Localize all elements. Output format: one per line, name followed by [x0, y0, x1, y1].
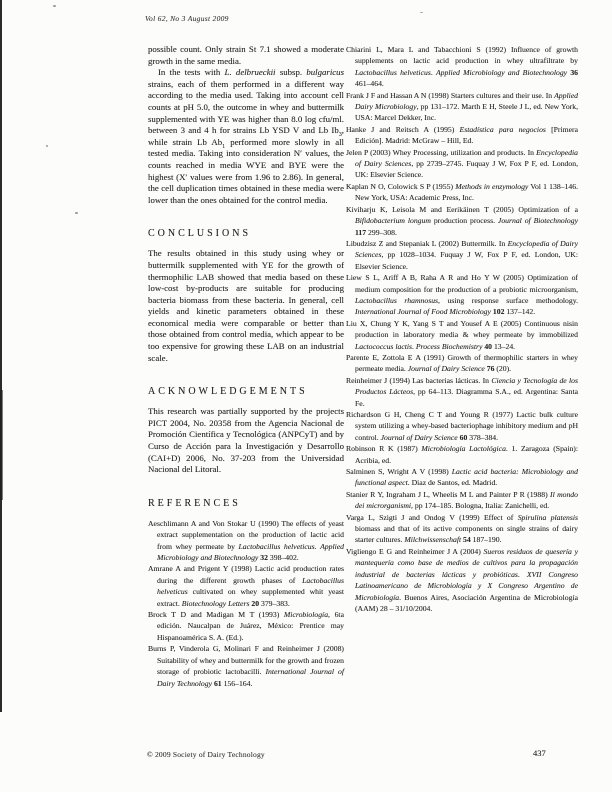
reference-item: Robinson R K (1987) Microbiología Lactol…	[346, 443, 578, 466]
section-heading: REFERENCES	[148, 498, 344, 509]
section-heading: CONCLUSIONS	[148, 228, 344, 239]
scan-speck	[420, 12, 423, 13]
reference-item: Parente E, Zottola E A (1991) Growth of …	[346, 352, 578, 375]
reference-item: Vigliengo E G and Reinheimer J A (2004) …	[346, 546, 578, 614]
reference-item: Varga L, Szigti J and Ondog V (1999) Eff…	[346, 512, 578, 546]
reference-item: Frank J F and Hassan A N (1998) Starters…	[346, 90, 578, 124]
scan-edge-artifact	[0, 0, 2, 712]
right-column: Chiarini L, Mara L and Tabacchioni S (19…	[346, 44, 578, 614]
reference-item: Hanke J and Reitsch A (1995) Estadística…	[346, 124, 578, 147]
reference-item: Salminen S, Wright A V (1998) Lactic aci…	[346, 466, 578, 489]
scan-edge-artifact-2	[0, 390, 3, 500]
reference-item: Liew S L, Ariff A B, Raha A R and Ho Y W…	[346, 272, 578, 318]
reference-item: Stanier R Y, Ingraham J L, Wheelis M L a…	[346, 489, 578, 512]
section-paragraphs: This research was partially supported by…	[148, 406, 344, 476]
scan-speck	[75, 212, 78, 214]
section-heading: ACKNOWLEDGEMENTS	[148, 386, 344, 397]
reference-item: Liu X, Chung Y K, Yang S T and Yousef A …	[346, 318, 578, 352]
reference-item: Richardson G H, Cheng C T and Young R (1…	[346, 409, 578, 443]
reference-item: Reinheimer J (1994) Las bacterias láctic…	[346, 375, 578, 409]
reference-item: Jelen P (2003) Whey Processing, utilizat…	[346, 147, 578, 181]
reference-item: Kiviharju K, Leisola M and Eerikäinen T …	[346, 204, 578, 238]
copyright-notice: © 2009 Society of Dairy Technology	[147, 750, 265, 759]
reference-item: Amrane A and Prigent Y (1998) Lactic aci…	[148, 563, 344, 609]
page-number: 437	[533, 748, 546, 758]
section-acknowledgements: ACKNOWLEDGEMENTS This research was parti…	[148, 386, 344, 476]
reference-list-left: Aeschlimann A and Von Stokar U (1990) Th…	[148, 518, 344, 689]
reference-list-right: Chiarini L, Mara L and Tabacchioni S (19…	[346, 44, 578, 614]
reference-item: Chiarini L, Mara L and Tabacchioni S (19…	[346, 44, 578, 90]
journal-volume-header: Vol 62, No 3 August 2009	[145, 14, 229, 23]
body-paragraph: In the tests with L. delbrueckii subsp. …	[148, 67, 344, 206]
body-paragraph: This research was partially supported by…	[148, 406, 344, 476]
reference-item: Brock T D and Madigan M T (1993) Microbi…	[148, 609, 344, 643]
reference-item: Aeschlimann A and Von Stokar U (1990) Th…	[148, 518, 344, 564]
reference-item: Libudzisz Z and Stepaniak L (2002) Butte…	[346, 238, 578, 272]
section-references: REFERENCES Aeschlimann A and Von Stokar …	[148, 498, 344, 689]
journal-page: Vol 62, No 3 August 2009 possible count.…	[0, 0, 612, 792]
reference-item: Burns P, Vinderola G, Molinari F and Rei…	[148, 643, 344, 689]
body-paragraphs: possible count. Only strain St 7.1 showe…	[148, 44, 344, 206]
reference-item: Kaplan N O, Colowick S P (1955) Methods …	[346, 181, 578, 204]
left-column: possible count. Only strain St 7.1 showe…	[148, 44, 344, 689]
body-paragraph: The results obtained in this study using…	[148, 248, 344, 364]
section-conclusions: CONCLUSIONS The results obtained in this…	[148, 228, 344, 364]
scan-speck	[53, 5, 56, 7]
body-paragraph: possible count. Only strain St 7.1 showe…	[148, 44, 344, 67]
section-paragraphs: The results obtained in this study using…	[148, 248, 344, 364]
scan-speck	[46, 145, 48, 147]
